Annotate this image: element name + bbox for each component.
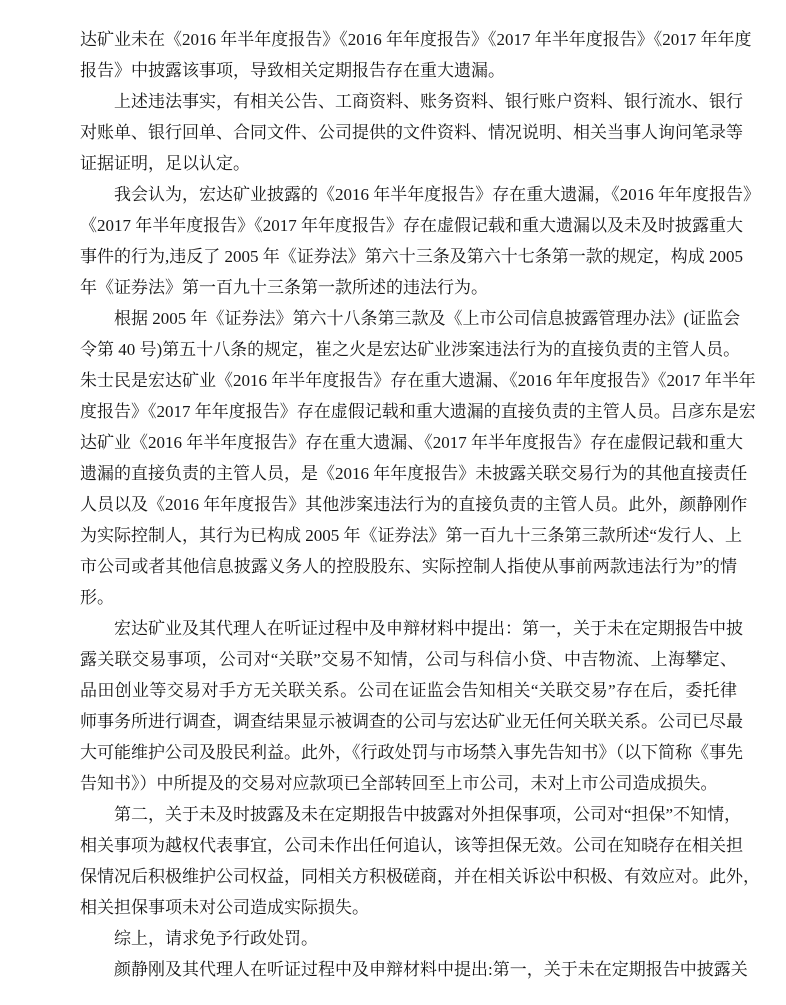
paragraph: 宏达矿业及其代理人在听证过程中及申辩材料中提出：第一，关于未在定期报告中披露关联… [80,613,737,799]
text-line: 我会认为，宏达矿业披露的《2016 年半年度报告》存在重大遗漏，《2016 年年… [80,179,737,210]
paragraph: 我会认为，宏达矿业披露的《2016 年半年度报告》存在重大遗漏，《2016 年年… [80,179,737,303]
text-line: 告知书》）中所提及的交易对应款项已全部转回至上市公司，未对上市公司造成损失。 [80,768,737,799]
text-line: 形。 [80,582,737,613]
text-line: 综上，请求免予行政处罚。 [80,923,737,954]
paragraph: 第二，关于未及时披露及未在定期报告中披露对外担保事项，公司对“担保”不知情，相关… [80,799,737,923]
text-line: 相关担保事项未对公司造成实际损失。 [80,892,737,923]
text-line: 遗漏的直接负责的主管人员，是《2016 年年度报告》未披露关联交易行为的其他直接… [80,458,737,489]
text-line: 令第 40 号)第五十八条的规定，崔之火是宏达矿业涉案违法行为的直接负责的主管人… [80,334,737,365]
text-line: 为实际控制人，其行为已构成 2005 年《证券法》第一百九十三条第三款所述“发行… [80,520,737,551]
text-line: 第二，关于未及时披露及未在定期报告中披露对外担保事项，公司对“担保”不知情， [80,799,737,830]
text-line: 达矿业未在《2016 年半年度报告》《2016 年年度报告》《2017 年半年度… [80,24,737,55]
text-line: 证据证明，足以认定。 [80,148,737,179]
document-body: 达矿业未在《2016 年半年度报告》《2016 年年度报告》《2017 年半年度… [80,24,737,985]
text-line: 达矿业《2016 年半年度报告》存在重大遗漏、《2017 年半年度报告》存在虚假… [80,427,737,458]
text-line: 年《证券法》第一百九十三条第一款所述的违法行为。 [80,272,737,303]
text-line: 大可能维护公司及股民利益。此外，《行政处罚与市场禁入事先告知书》（以下简称《事先 [80,737,737,768]
document-page: 达矿业未在《2016 年半年度报告》《2016 年年度报告》《2017 年半年度… [0,0,786,1005]
text-line: 颜静刚及其代理人在听证过程中及申辩材料中提出:第一，关于未在定期报告中披露关 [80,954,737,985]
text-line: 《2017 年半年度报告》《2017 年年度报告》存在虚假记载和重大遗漏以及未及… [80,210,737,241]
text-line: 事件的行为,违反了 2005 年《证券法》第六十三条及第六十七条第一款的规定，构… [80,241,737,272]
paragraph: 综上，请求免予行政处罚。 [80,923,737,954]
text-line: 根据 2005 年《证券法》第六十八条第三款及《上市公司信息披露管理办法》(证监… [80,303,737,334]
text-line: 报告》中披露该事项，导致相关定期报告存在重大遗漏。 [80,55,737,86]
text-line: 相关事项为越权代表事宜，公司未作出任何追认，该等担保无效。公司在知晓存在相关担 [80,830,737,861]
text-line: 对账单、银行回单、合同文件、公司提供的文件资料、情况说明、相关当事人询问笔录等 [80,117,737,148]
text-line: 宏达矿业及其代理人在听证过程中及申辩材料中提出：第一，关于未在定期报告中披 [80,613,737,644]
paragraph: 根据 2005 年《证券法》第六十八条第三款及《上市公司信息披露管理办法》(证监… [80,303,737,613]
text-line: 保情况后积极维护公司权益，同相关方积极磋商，并在相关诉讼中积极、有效应对。此外， [80,861,737,892]
text-line: 度报告》《2017 年年度报告》存在虚假记载和重大遗漏的直接负责的主管人员。吕彦… [80,396,737,427]
text-line: 市公司或者其他信息披露义务人的控股股东、实际控制人指使从事前两款违法行为”的情 [80,551,737,582]
text-line: 品田创业等交易对手方无关联关系。公司在证监会告知相关“关联交易”存在后，委托律 [80,675,737,706]
text-line: 上述违法事实，有相关公告、工商资料、账务资料、银行账户资料、银行流水、银行 [80,86,737,117]
paragraph: 上述违法事实，有相关公告、工商资料、账务资料、银行账户资料、银行流水、银行对账单… [80,86,737,179]
text-line: 人员以及《2016 年年度报告》其他涉案违法行为的直接负责的主管人员。此外，颜静… [80,489,737,520]
paragraph: 颜静刚及其代理人在听证过程中及申辩材料中提出:第一，关于未在定期报告中披露关 [80,954,737,985]
text-line: 朱士民是宏达矿业《2016 年半年度报告》存在重大遗漏、《2016 年年度报告》… [80,365,737,396]
text-line: 师事务所进行调查，调查结果显示被调查的公司与宏达矿业无任何关联关系。公司已尽最 [80,706,737,737]
text-line: 露关联交易事项，公司对“关联”交易不知情，公司与科信小贷、中吉物流、上海攀定、 [80,644,737,675]
paragraph: 达矿业未在《2016 年半年度报告》《2016 年年度报告》《2017 年半年度… [80,24,737,86]
